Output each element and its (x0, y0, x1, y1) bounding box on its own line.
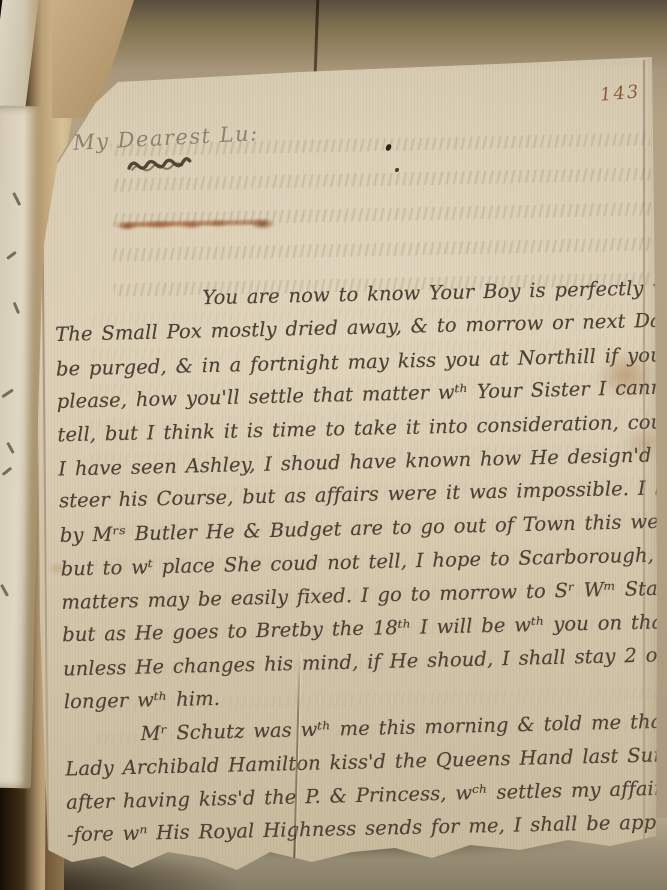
age-stain (596, 350, 656, 400)
letter-line: steer his Course, but as affairs were it… (59, 472, 664, 518)
ink-fragment (6, 251, 17, 260)
letter-line: after having kiss'd the P. & Princess, w… (66, 771, 667, 819)
age-stain (48, 562, 66, 575)
rust-stain-line (112, 220, 272, 228)
letter-line: by Mʳˢ Butler He & Budget are to go out … (60, 504, 665, 552)
manuscript-page: 143 My Dearest Lu: You are now to know Y… (0, 0, 667, 890)
letter-body: You are now to know Your Boy is perfectl… (54, 271, 667, 853)
ink-speck (385, 143, 392, 151)
letter-line: unless He changes his mind, if He shoud,… (63, 639, 667, 687)
fold-crease-center (293, 652, 300, 860)
folio-number: 143 (599, 81, 641, 105)
page-right-edge (643, 60, 645, 840)
ink-fragment (1, 388, 13, 398)
letter-line: please, how you'll settle that matter wᵗ… (56, 371, 661, 419)
ink-fragment (0, 584, 9, 597)
rust-stain (106, 211, 284, 236)
ink-fragment (13, 302, 20, 314)
ink-speck (395, 168, 399, 172)
manuscript-photo: 143 My Dearest Lu: You are now to know Y… (0, 0, 667, 890)
letter-line: matters may be easily fixed. I go to mor… (61, 571, 666, 619)
letter-line: The Small Pox mostly dried away, & to mo… (55, 304, 660, 352)
letter-line: be purged, & in a fortnight may kiss you… (56, 338, 661, 386)
ink-bleed-through (88, 302, 657, 744)
ink-fragment (2, 467, 12, 476)
scribbled-out-word (125, 155, 192, 179)
letter-line: Lady Archibald Hamilton kiss'd the Queen… (65, 739, 667, 787)
ink-fragment (6, 442, 14, 454)
letter-line: but as He goes to Bretby the 18ᵗʰ I will… (62, 605, 667, 651)
salutation: My Dearest Lu: (72, 121, 259, 155)
letter-line: You are now to know Your Boy is perfectl… (54, 271, 659, 317)
letter-line: longer wᵗʰ him. (63, 672, 667, 718)
letter-line: Mʳ Schutz was wᵗʰ me this morning & told… (64, 705, 667, 753)
letter-line: but to wᵗ place She coud not tell, I hop… (60, 538, 665, 586)
ink-fragment (12, 192, 21, 206)
letter-line: tell, but I think it is time to take it … (57, 405, 662, 451)
letter-line: I have seen Ashley, I shoud have known h… (58, 438, 663, 486)
ink-bleed-through (110, 132, 653, 308)
